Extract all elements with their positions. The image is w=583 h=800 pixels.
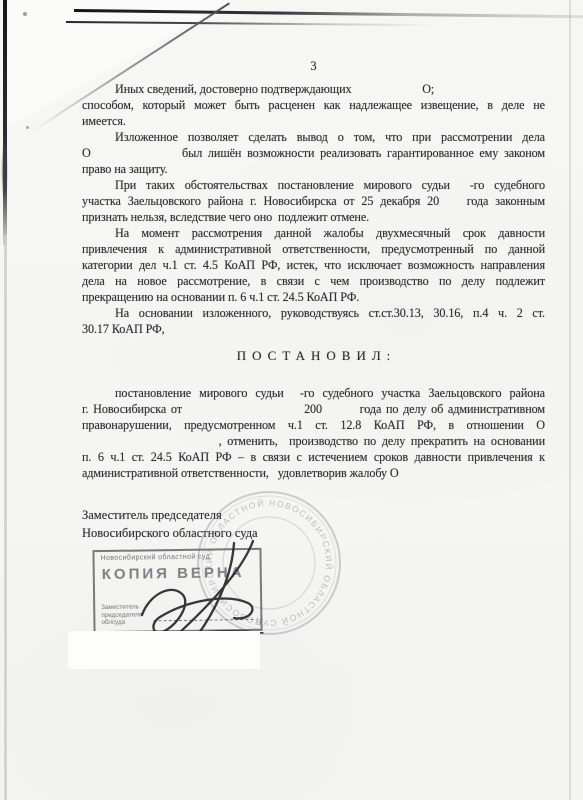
- page-number: 3: [82, 59, 545, 74]
- text-line: право на защиту.: [82, 161, 545, 177]
- redaction-box: [68, 631, 260, 669]
- text-line: г. Новосибирска от 200 года по делу об а…: [82, 401, 545, 417]
- text-line: На момент рассмотрения данной жалобы дву…: [82, 225, 545, 241]
- text-line: На основании изложенного, руководствуясь…: [82, 305, 545, 321]
- text-line: способом, который может быть расценен ка…: [82, 97, 545, 113]
- text-line: имеется.: [82, 113, 545, 129]
- text-line: Изложенное позволяет сделать вывод о том…: [82, 129, 545, 145]
- body-text-block-1: Иных сведений, достоверно подтверждающих…: [82, 81, 545, 337]
- scan-edge-left-dark: [3, 0, 7, 245]
- text-line: правонарушении, предусмотренном ч.1 ст. …: [82, 417, 545, 433]
- scan-speck: [26, 126, 29, 129]
- text-line: административной ответственности, удовле…: [82, 465, 545, 481]
- scan-edge-right: [569, 0, 571, 800]
- text-line: При таких обстоятельствах постановление …: [82, 177, 545, 193]
- text-line: Иных сведений, достоверно подтверждающих…: [82, 81, 545, 97]
- resolution-heading: ПОСТАНОВИЛ:: [82, 348, 545, 364]
- text-line: признать нельзя, вследствие чего оно под…: [82, 209, 545, 225]
- text-line: п. 6 ч.1 ст. 24.5 КоАП РФ – в связи с ис…: [82, 449, 545, 465]
- text-line: категории дел ч.1 ст. 4.5 КоАП РФ, истек…: [82, 257, 545, 273]
- text-line: постановление мирового судьи -го судебно…: [82, 385, 545, 401]
- text-line: О был лишён возможности реализовать гара…: [82, 145, 545, 161]
- body-text-block-2: постановление мирового судьи -го судебно…: [82, 385, 545, 481]
- text-line: дела на новое рассмотрение, в связи с че…: [82, 273, 545, 289]
- scan-edge-left-light: [4, 235, 7, 800]
- text-line: , отменить, производство по делу прекрат…: [82, 433, 545, 449]
- scanned-court-document-page: 3 Иных сведений, достоверно подтверждающ…: [0, 0, 583, 800]
- scan-edge-left-blob: [1, 140, 8, 202]
- text-line: привлечения к административной ответстве…: [82, 241, 545, 257]
- text-line: прекращению на основании п. 6 ч.1 ст. 24…: [82, 289, 545, 305]
- scan-speck: [23, 12, 27, 16]
- text-line: 30.17 КоАП РФ,: [82, 321, 545, 337]
- text-line: участка Заельцовского района г. Новосиби…: [82, 193, 545, 209]
